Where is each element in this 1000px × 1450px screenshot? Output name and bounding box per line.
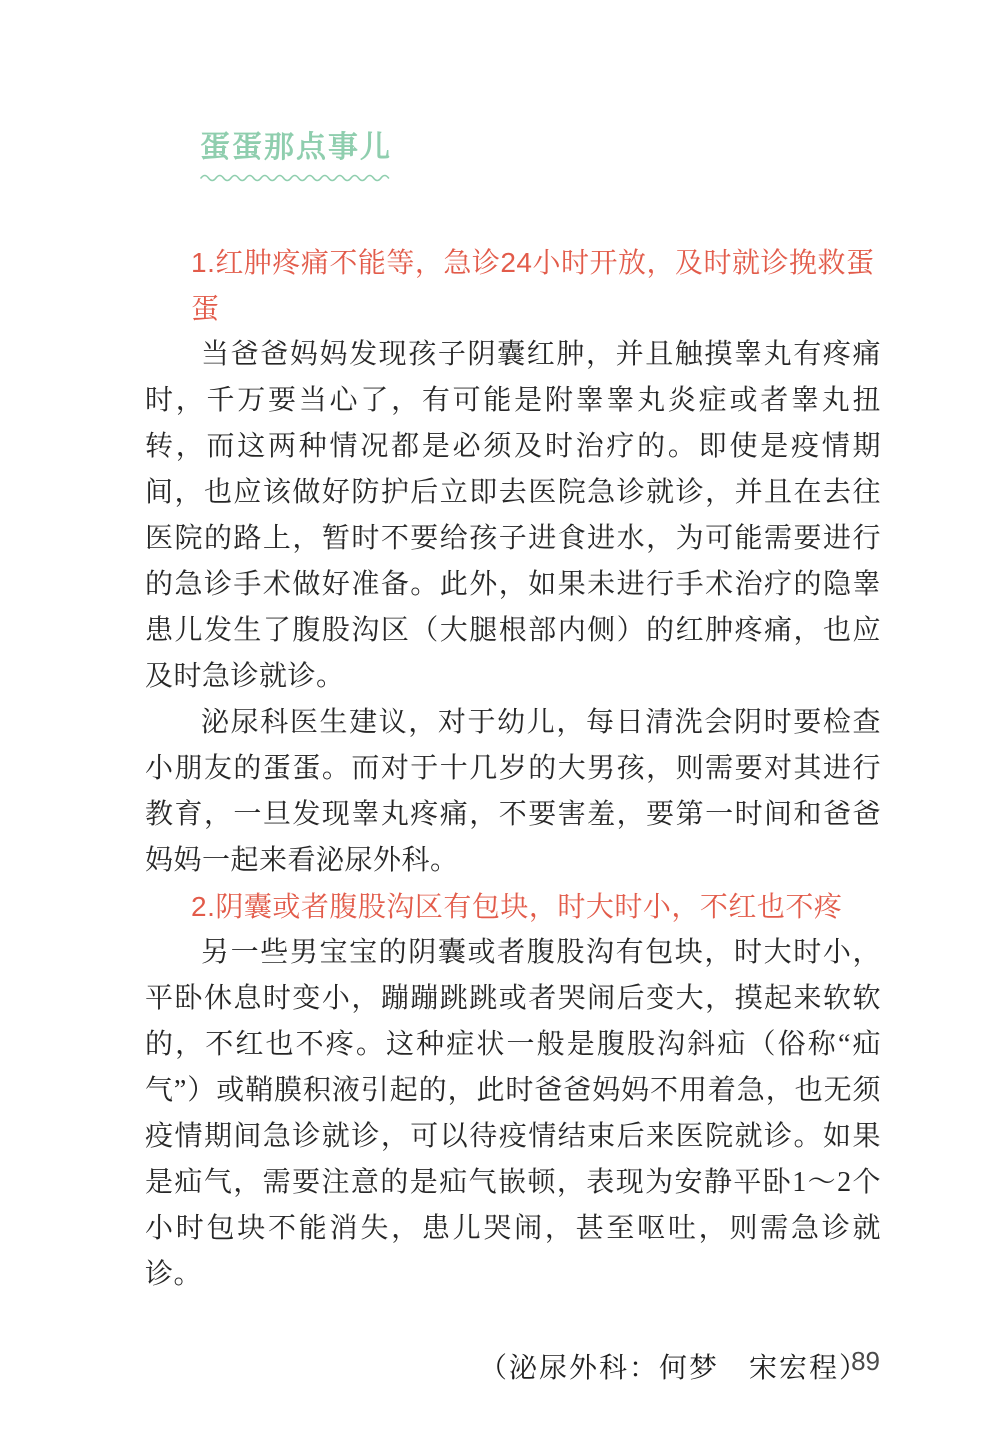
section-2-heading: 2.阴囊或者腹股沟区有包块，时大时小，不红也不疼 <box>191 884 881 930</box>
page-title: 蛋蛋那点事儿 <box>200 126 392 170</box>
page-number: 89 <box>851 1346 880 1377</box>
title-wavy-underline-decoration <box>200 172 396 182</box>
section-2-paragraph-1: 另一些男宝宝的阴囊或者腹股沟有包块，时大时小，平卧休息时变小，蹦蹦跳跳或者哭闹后… <box>145 930 881 1298</box>
page-content: 蛋蛋那点事儿 1.红肿疼痛不能等，急诊24小时开放，及时就诊挽救蛋蛋 当爸爸妈妈… <box>145 126 881 1392</box>
section-1-heading: 1.红肿疼痛不能等，急诊24小时开放，及时就诊挽救蛋蛋 <box>191 240 881 332</box>
section-1-paragraph-1: 当爸爸妈妈发现孩子阴囊红肿，并且触摸睾丸有疼痛时，千万要当心了，有可能是附睾睾丸… <box>145 332 881 700</box>
book-page: 蛋蛋那点事儿 1.红肿疼痛不能等，急诊24小时开放，及时就诊挽救蛋蛋 当爸爸妈妈… <box>0 0 1000 1450</box>
section-1-paragraph-2: 泌尿科医生建议，对于幼儿，每日清洗会阴时要检查小朋友的蛋蛋。而对于十几岁的大男孩… <box>145 700 881 884</box>
author-attribution: （泌尿外科：何梦 宋宏程） <box>145 1346 881 1392</box>
